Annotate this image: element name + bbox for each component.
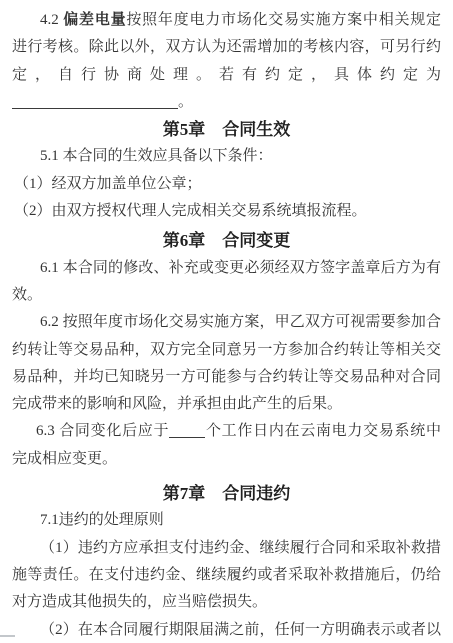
para-6-2-line-1: 6.2 按照年度市场化交易实施方案，甲乙双方可视需要参加合 — [12, 309, 441, 336]
para-6-3-line-2: 完成相应变更。 — [12, 446, 441, 473]
para-6-2-line-4: 完成带来的影响和风险，并承担由此产生的后果。 — [12, 391, 441, 418]
text-segment: 4.2 — [40, 12, 63, 28]
text-segment: 对方造成其他损失的，应当赔偿损失。 — [12, 594, 267, 610]
para-6-2-line-2: 约转让等交易品种，双方完全同意另一方参加合约转让等相关交 — [12, 337, 441, 364]
document-page: 4.2 偏差电量按照年度电力市场化交易实施方案中相关规定进行考核。除此以外，双方… — [0, 0, 453, 643]
text-segment: 7.1违约的处理原则 — [40, 512, 164, 528]
chapter-7-heading: 第7章 合同违约 — [12, 480, 441, 507]
inline-blank-underline — [169, 424, 205, 438]
para-6-3-line-1: 6.3 合同变化后应于个工作日内在云南电力交易系统中 — [12, 418, 441, 445]
para-4-2-line-1: 4.2 偏差电量按照年度电力市场化交易实施方案中相关规定 — [12, 7, 441, 34]
text-segment: 。 — [178, 94, 193, 110]
para-6-1-line-2: 效。 — [12, 282, 441, 309]
contract-document: 4.2 偏差电量按照年度电力市场化交易实施方案中相关规定进行考核。除此以外，双方… — [12, 7, 441, 643]
bold-text-segment: 偏差电量 — [63, 12, 126, 28]
text-segment: 个工作日内在云南电力交易系统中 — [205, 423, 441, 439]
text-segment: （2）在本合同履行期限届满之前，任何一方明确表示或者以 — [40, 622, 441, 638]
text-segment: 效。 — [12, 287, 42, 303]
text-segment: 约转让等交易品种，双方完全同意另一方参加合约转让等相关交 — [12, 342, 441, 358]
text-segment: 第5章 合同生效 — [163, 120, 291, 139]
para-4-2-line-2: 进行考核。除此以外，双方认为还需增加的考核内容，可另行约 — [12, 34, 441, 61]
corner-line-artifact — [0, 635, 15, 637]
text-segment: （1）违约方应承担支付违约金、继续履行合同和采取补救措 — [40, 540, 441, 556]
item-5-1: （1）经双方加盖单位公章； — [12, 171, 441, 198]
text-segment: 6.1 本合同的修改、补充或变更必须经双方签字盖章后方为有 — [40, 260, 441, 276]
text-segment: 6.2 按照年度市场化交易实施方案，甲乙双方可视需要参加合 — [40, 314, 441, 330]
item-5-2: （2）由双方授权代理人完成相关交易系统填报流程。 — [12, 198, 441, 225]
item-7-1-line-3: 对方造成其他损失的，应当赔偿损失。 — [12, 589, 441, 616]
text-segment: 完成带来的影响和风险，并承担由此产生的后果。 — [12, 396, 342, 412]
text-segment: （2）由双方授权代理人完成相关交易系统填报流程。 — [14, 203, 367, 219]
text-segment: （1）经双方加盖单位公章； — [14, 176, 202, 192]
text-segment: 易品种，并均已知晓另一方可能参与合约转让等交易品种对合同 — [12, 369, 441, 385]
text-segment: 完成相应变更。 — [12, 451, 117, 467]
para-5-1: 5.1 本合同的生效应具备以下条件： — [12, 143, 441, 170]
text-segment: 定，自行协商处理。若有约定，具体约定为 — [12, 67, 441, 83]
chapter-5-heading: 第5章 合同生效 — [12, 116, 441, 143]
text-segment: 5.1 本合同的生效应具备以下条件： — [40, 148, 273, 164]
chapter-6-heading: 第6章 合同变更 — [12, 227, 441, 254]
para-6-1-line-1: 6.1 本合同的修改、补充或变更必须经双方签字盖章后方为有 — [12, 255, 441, 282]
text-segment: 施等责任。在支付违约金、继续履约或者采取补救措施后，仍给 — [12, 567, 441, 583]
text-segment: 按照年度电力市场化交易实施方案中相关规定 — [126, 12, 441, 28]
text-segment: 第6章 合同变更 — [163, 231, 291, 250]
text-segment: 第7章 合同违约 — [163, 484, 291, 503]
para-4-2-line-3: 定，自行协商处理。若有约定，具体约定为 — [12, 62, 441, 89]
item-7-1-line-1: （1）违约方应承担支付违约金、继续履行合同和采取补救措 — [12, 535, 441, 562]
item-7-2-line-1: （2）在本合同履行期限届满之前，任何一方明确表示或者以 — [12, 617, 441, 643]
item-7-1-line-2: 施等责任。在支付违约金、继续履约或者采取补救措施后，仍给 — [12, 562, 441, 589]
text-segment: 进行考核。除此以外，双方认为还需增加的考核内容，可另行约 — [12, 39, 441, 55]
inline-blank-underline — [12, 95, 178, 109]
para-7-1: 7.1违约的处理原则 — [12, 507, 441, 534]
text-segment: 6.3 合同变化后应于 — [36, 423, 169, 439]
para-6-2-line-3: 易品种，并均已知晓另一方可能参与合约转让等交易品种对合同 — [12, 364, 441, 391]
para-4-2-line-4-blank: 。 — [12, 89, 441, 116]
